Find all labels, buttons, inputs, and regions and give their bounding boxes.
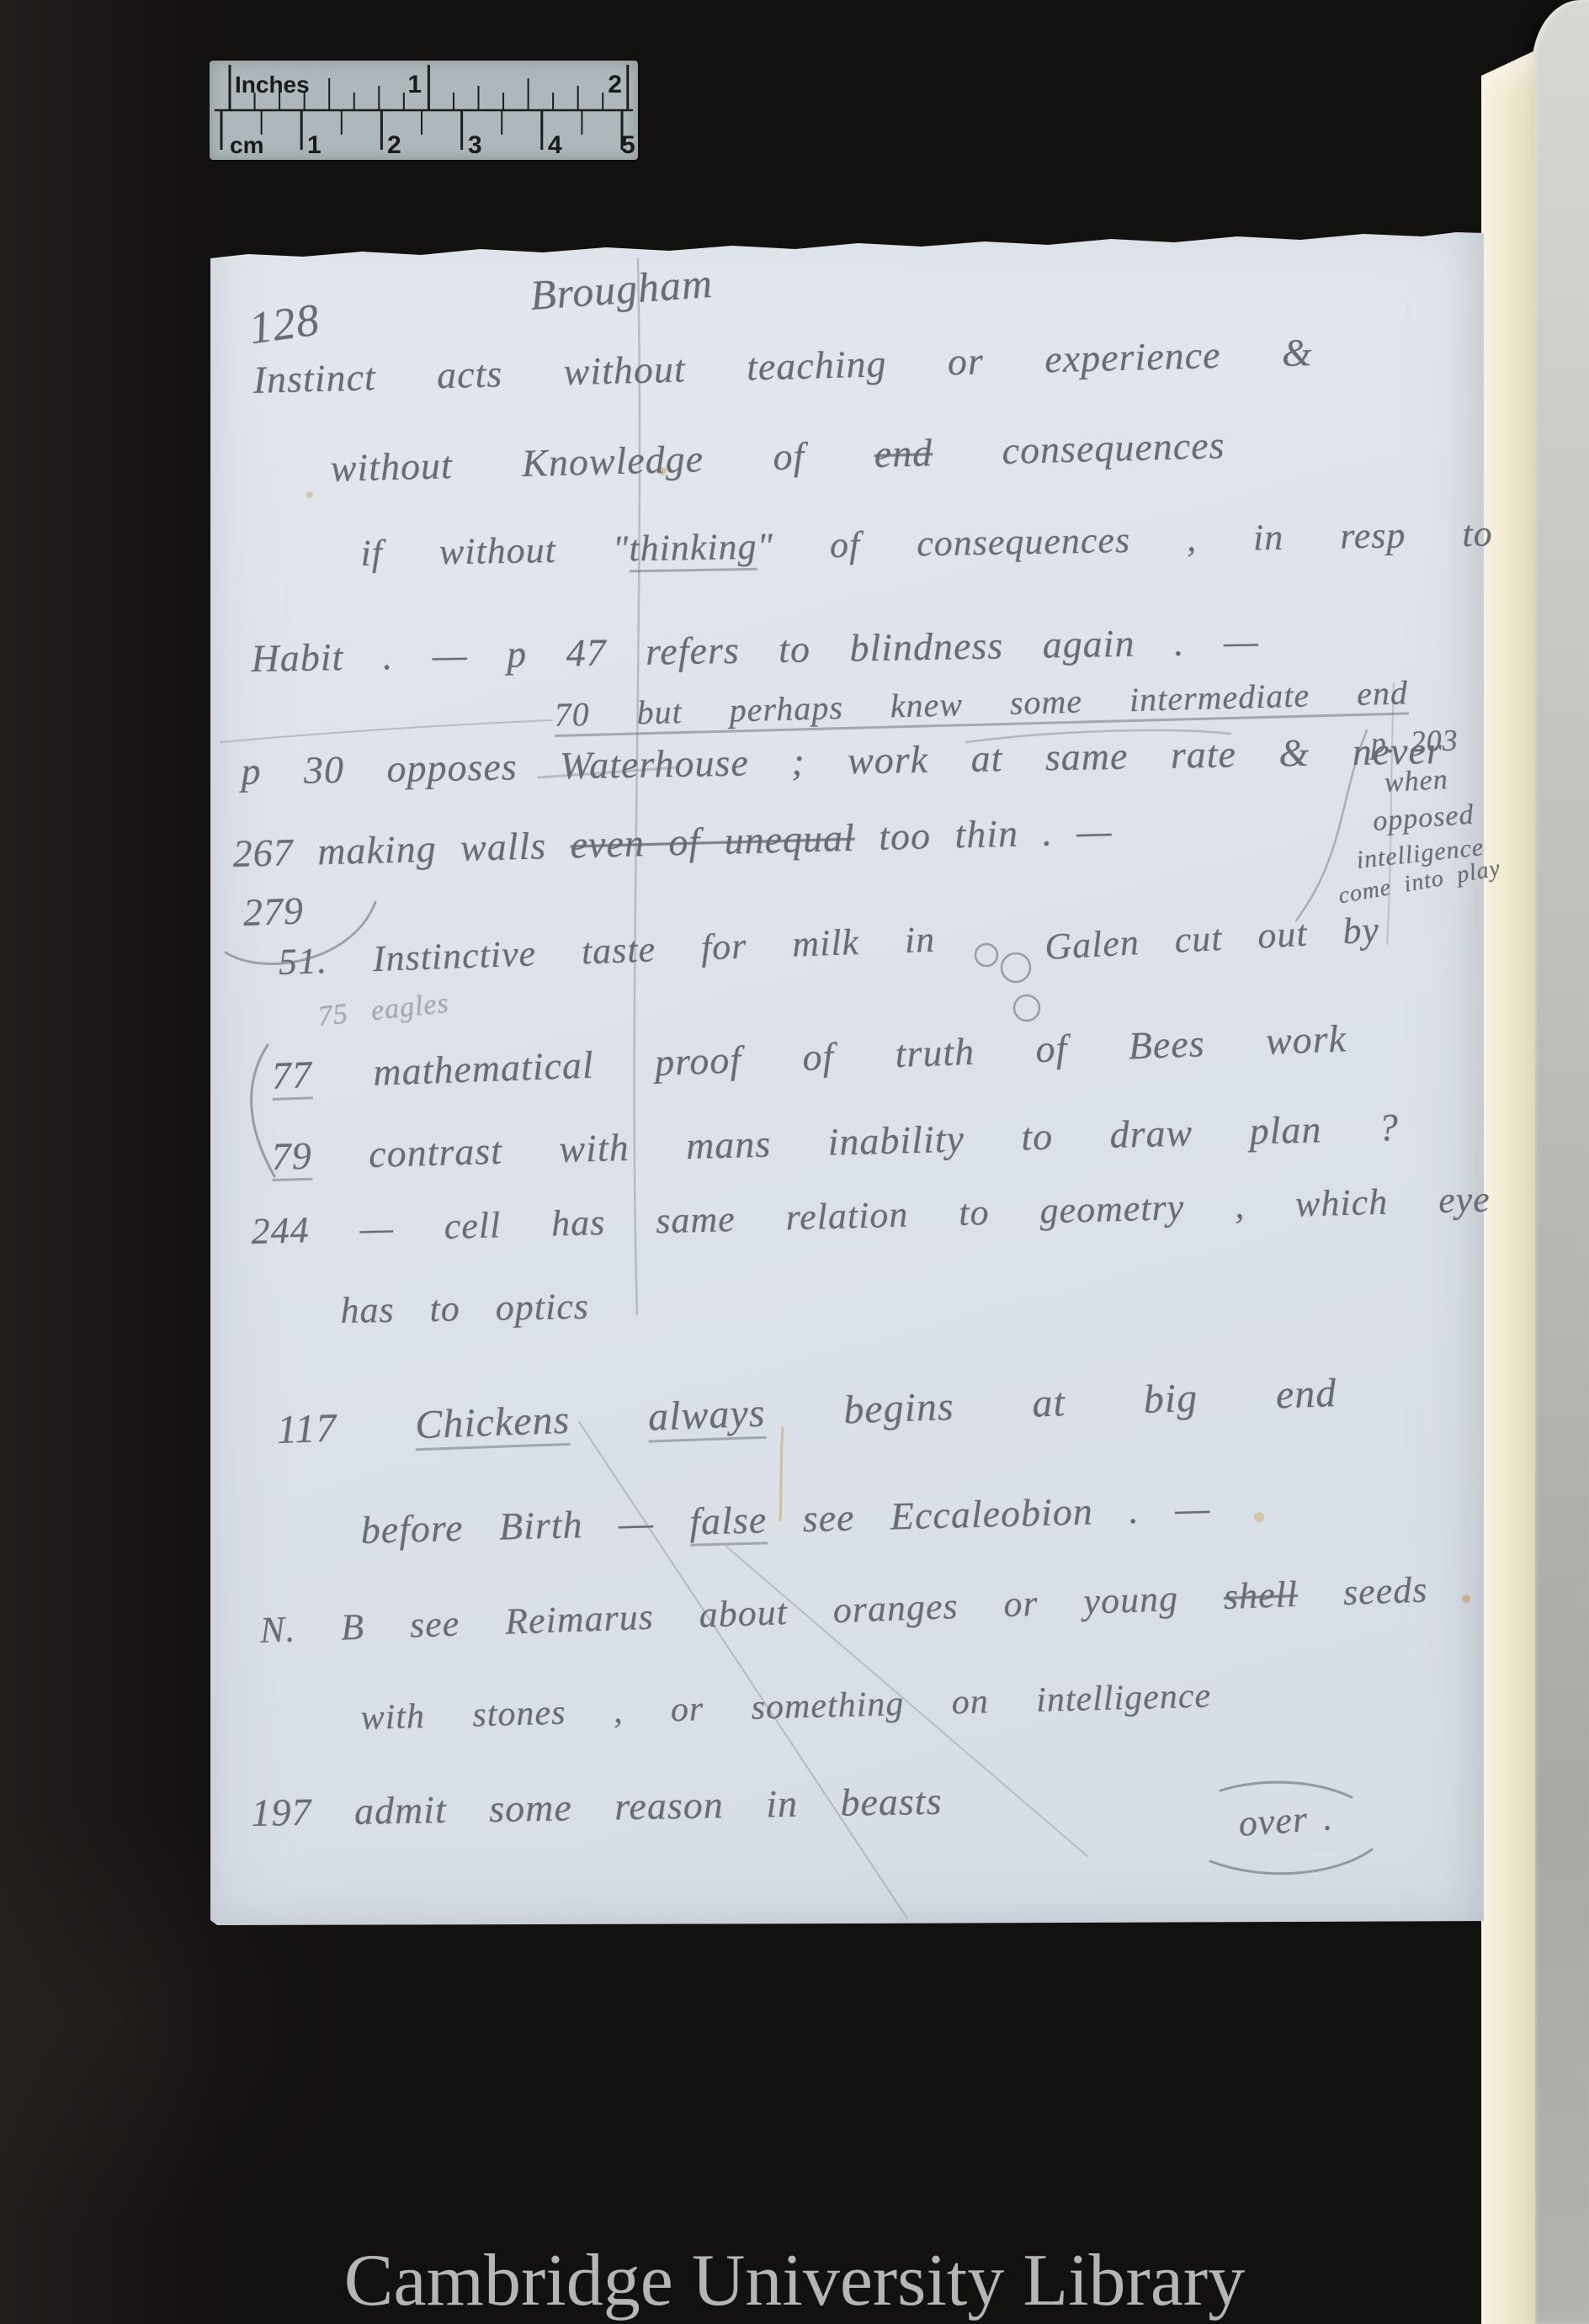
ruler-inch-number: 1 (407, 71, 422, 98)
ruler-inches-label: Inches (235, 72, 310, 98)
ruler-cm-number: 5 (621, 131, 635, 159)
photo-stage: Inches 1 2 cm 1 2 3 4 5 128BroughamInsti… (0, 0, 1589, 2324)
book-fore-edge (1481, 50, 1535, 2324)
ruler-cm-number: 2 (387, 131, 401, 159)
ruler-cm-number: 3 (468, 131, 482, 159)
ruler-cm-label: cm (230, 132, 263, 158)
book-backing-board (1532, 0, 1589, 2324)
manuscript-page (210, 212, 1484, 1925)
library-watermark: Cambridge University Library (0, 2238, 1589, 2323)
velvet-fold-highlight (0, 0, 236, 2324)
scale-ruler: Inches 1 2 cm 1 2 3 4 5 (210, 61, 638, 160)
ruler-cm-number: 4 (548, 131, 562, 159)
ruler-inch-number: 2 (608, 71, 622, 98)
ruler-cm-number: 1 (307, 131, 322, 159)
